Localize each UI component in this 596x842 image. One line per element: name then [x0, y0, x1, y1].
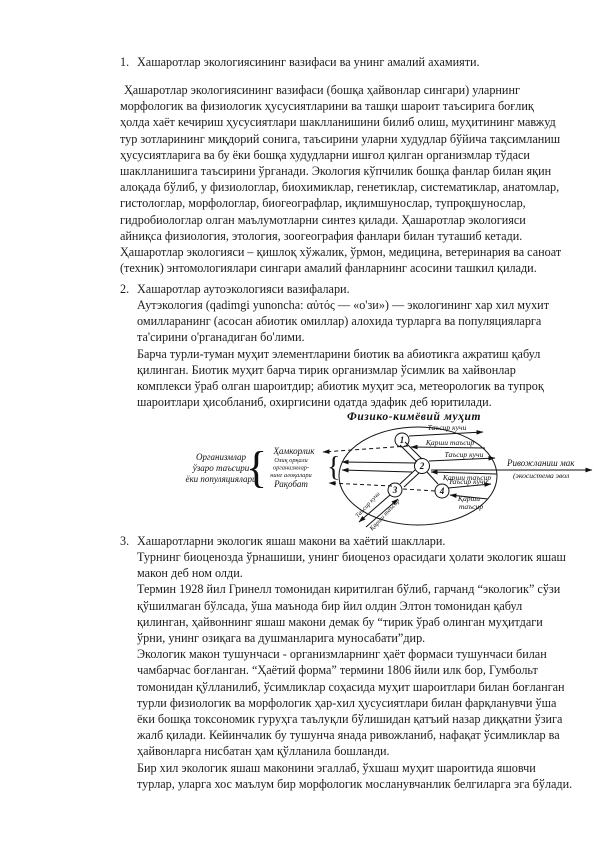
organisms-label-line2: ўзаро таъсири: [192, 463, 250, 473]
node-2-label: 2: [419, 461, 425, 471]
node4-force-label: Таъсир кучи: [449, 477, 488, 486]
food-link-line-1: [342, 462, 416, 463]
section2-paragraph-2: Барча турли-туман муҳит элементларини би…: [137, 346, 571, 411]
cooperation-label: Ҳамкорлик: [273, 446, 316, 456]
food-label-line2: организмлар-: [273, 465, 309, 472]
link-2-4: [427, 472, 438, 484]
link-1-2a: [400, 445, 417, 462]
organisms-label-line1: Организмлар: [196, 452, 247, 462]
food-label-line1: Озиқ орқали: [274, 457, 307, 464]
node-4-label: 4: [439, 486, 445, 496]
list-item-1-number: 1.: [120, 54, 137, 70]
section1-paragraph: Ҳашаротлар экологиясининг вазифаси (бошқ…: [120, 82, 566, 276]
node-3-label: 3: [392, 485, 398, 495]
list-item-3: 3. Хашаротларни экологик яшаш макони ва …: [120, 533, 572, 549]
list-item-1: 1. Хашаротлар экологиясининг вазифаси ва…: [120, 54, 572, 70]
node-1-label: 1: [400, 435, 405, 445]
node4-counter-label-2: таъсир: [459, 502, 483, 511]
node1-force-label: Таъсир кучи: [428, 423, 467, 432]
section3-paragraph-3: Экологик макон тушунчаси - организмларни…: [137, 646, 573, 759]
node2-force-label: Таъсир кучи: [445, 450, 484, 459]
node1-force-line: [409, 432, 483, 436]
section2-paragraph-1: Аутэкология (qadimgi yunoncha: αὐτός — «…: [137, 297, 571, 346]
competition-line: [329, 483, 392, 486]
list-item-2-title: Хашаротлар аутоэкологияси вазифалари.: [137, 281, 350, 297]
section3-paragraph-4: Бир хил экологик яшаш маконини эгаллаб, …: [137, 760, 573, 792]
node1-counter-label: Қарши таъсир: [425, 438, 475, 447]
node1-counter-line: [411, 447, 485, 448]
ecology-diagram: Физико-кимёвий муҳит Ривожланиш мак (эко…: [150, 406, 596, 536]
evolution-label-1: Ривожланиш мак: [506, 458, 575, 468]
section3-paragraph-2: Термин 1928 йил Гринелл томонидан кирити…: [137, 581, 573, 646]
list-item-3-title: Хашаротларни экологик яшаш макони ва хаё…: [137, 533, 445, 549]
link-3-4: [403, 489, 435, 491]
small-brace: {: [327, 452, 340, 483]
evolution-label-2: (экосистема эвол: [513, 471, 570, 480]
food-label-line3: нинг алоқалари: [270, 472, 312, 479]
document-page: 1. Хашаротлар экологиясининг вазифаси ва…: [0, 0, 596, 842]
big-brace: {: [246, 443, 267, 492]
diagram-title: Физико-кимёвий муҳит: [347, 410, 481, 423]
section3-paragraph-1: Турнинг биоценозда ўрнашиши, унинг биоце…: [137, 549, 573, 581]
food-link-line-2: [342, 470, 412, 472]
list-item-3-number: 3.: [120, 533, 137, 549]
node3-force-label: Таъсир кучи: [354, 491, 381, 520]
list-item-2: 2. Хашаротлар аутоэкологияси вазифалари.: [120, 281, 572, 297]
list-item-2-number: 2.: [120, 281, 137, 297]
list-item-1-title: Хашаротлар экологиясининг вазифаси ва ун…: [137, 54, 480, 70]
link-2-3b: [404, 473, 419, 487]
competition-label: Рақобат: [273, 479, 308, 489]
